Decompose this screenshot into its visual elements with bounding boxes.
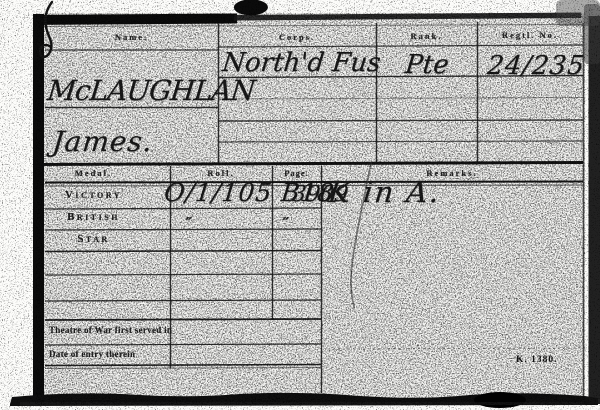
- theatre-of-war-label: Theatre of War first served in: [49, 325, 172, 335]
- card-top-edge-line: [38, 25, 583, 27]
- regimental-number-handwriting: 24/235: [486, 53, 586, 79]
- medal-column-header: Medal.: [45, 168, 142, 178]
- date-of-entry-label: Date of entry therein: [49, 349, 135, 359]
- british-page-ditto-mark: ″: [281, 216, 289, 231]
- corps-header-label: Corps.: [218, 32, 376, 42]
- scan-border-left: [33, 14, 44, 400]
- british-roll-ditto-mark: ″: [184, 216, 192, 231]
- medal-row-star-label: Star: [45, 233, 142, 245]
- rank-handwriting: Pte: [404, 52, 450, 78]
- corps-handwriting: North'd Fus: [221, 50, 382, 76]
- pen-squiggle-mark: [40, 2, 52, 57]
- form-number: K. 1380.: [516, 355, 558, 365]
- page-column-header: Page.: [272, 168, 321, 178]
- scan-border-top: [37, 0, 581, 25]
- surname-handwriting: McLAUGHLAN: [46, 77, 256, 105]
- medal-index-card-scan: Name. Corps. Rank. Regtl. No. Medal. Rol…: [0, 0, 600, 410]
- rank-header-label: Rank.: [376, 31, 477, 41]
- remarks-handwriting: K in A.: [327, 178, 442, 207]
- scan-border-bottom: [10, 392, 598, 408]
- regtl-no-header-label: Regtl. No.: [477, 30, 583, 40]
- roll-column-header: Roll.: [170, 168, 272, 178]
- forename-handwriting: James.: [51, 128, 154, 156]
- name-header-label: Name.: [45, 32, 218, 42]
- medal-row-victory-label: Victory: [45, 189, 142, 201]
- medal-row-british-label: British: [45, 211, 142, 223]
